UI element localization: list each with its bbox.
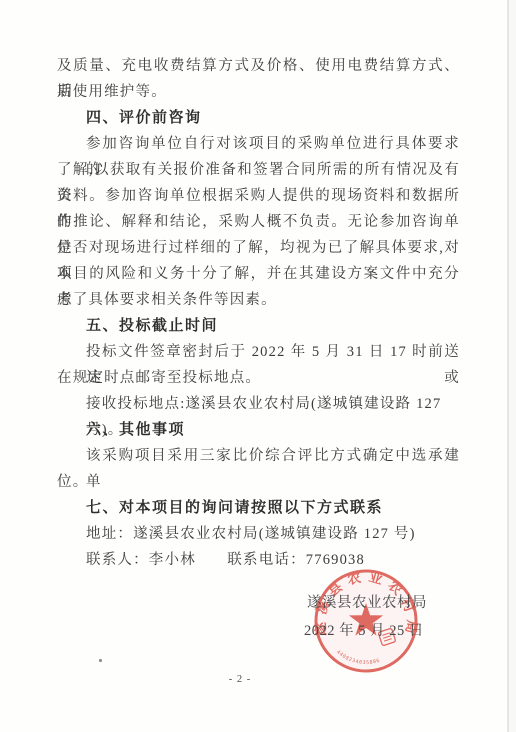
signature-agency-name: 遂溪县农业农村局 [307,591,427,612]
signature-date: 2022 年 5 月 25 日 [304,619,424,640]
section-heading-5: 五、投标截止时间 [57,313,460,339]
body-line: 期使用维护等。 [57,79,460,105]
document-body: 及质量、充电收费结算方式及价格、使用电费结算方式、后 期使用维护等。 四、评价前… [57,53,460,573]
section-heading-7: 七、对本项目的询问请按照以下方式联系 [57,495,460,521]
section-heading-4: 四、评价前咨询 [57,105,460,131]
body-line: 是否对现场进行过样细的了解，均视为已了解具体要求,对本 [57,235,460,261]
scan-margin [509,0,516,732]
page-number: - 2 - [210,674,270,685]
scan-artifact-dot [99,659,102,662]
body-line: 项目的风险和义务十分了解，并在其建设方案文件中充分考 [57,261,460,287]
body-line: 了解,以获取有关报价准备和签署合同所需的所有情况及有关 [57,157,460,183]
body-line: 参加咨询单位自行对该项目的采购单位进行具体要求的 [57,131,460,157]
body-line: 的推论、解释和结论，采购人概不负责。无论参加咨询单位 [57,209,460,235]
body-line: 位。 [57,469,460,495]
page-edge-line [507,0,509,732]
body-line: 资料。参加咨询单位根据采购人提供的现场资料和数据所作 [57,183,460,209]
contact-address-line: 地址：遂溪县农业农村局(遂城镇建设路 127 号) [57,521,460,547]
body-line: 接收投标地点:遂溪县农业农村局(遂城镇建设路 127 号)。 [57,391,460,417]
scanned-document-page: 及质量、充电收费结算方式及价格、使用电费结算方式、后 期使用维护等。 四、评价前… [0,0,516,732]
body-line: 该采购项目采用三家比价综合评比方式确定中选承建单 [57,443,460,469]
body-line: 投标文件签章密封后于 2022 年 5 月 31 日 17 时前送达或 [57,339,460,365]
body-line: 及质量、充电收费结算方式及价格、使用电费结算方式、后 [57,53,460,79]
section-heading-6: 六、其他事项 [57,417,460,443]
body-line: 虑了具体要求相关条件等因素。 [57,287,460,313]
